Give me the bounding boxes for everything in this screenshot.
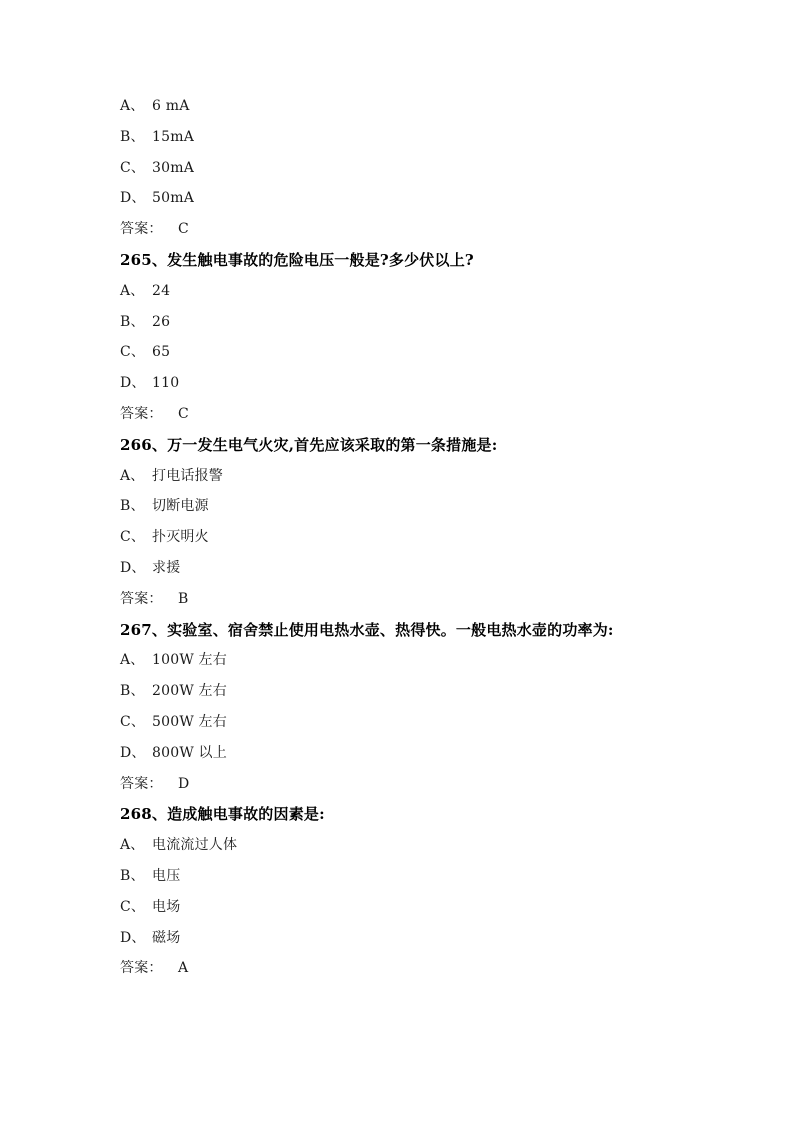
option-text: 65	[152, 344, 170, 360]
option-letter: A、	[120, 279, 152, 303]
option-a: A、100W 左右	[120, 648, 680, 679]
option-a: A、电流流过人体	[120, 833, 680, 864]
option-d: D、800W 以上	[120, 741, 680, 772]
answer-label: 答案：	[120, 772, 178, 796]
answer-value: A	[178, 960, 188, 976]
option-letter: A、	[120, 833, 152, 857]
option-text: 扑灭明火	[152, 529, 209, 545]
option-text: 110	[152, 375, 179, 391]
option-d: D、磁场	[120, 926, 680, 957]
option-letter: D、	[120, 186, 152, 210]
answer-value: B	[178, 591, 189, 607]
option-text: 电流流过人体	[152, 837, 237, 853]
option-d: D、110	[120, 371, 680, 402]
question-title: 267、实验室、宿舍禁止使用电热水壶、热得快。一般电热水壶的功率为:	[120, 618, 680, 649]
option-c: C、65	[120, 340, 680, 371]
option-letter: B、	[120, 494, 152, 518]
question-block-267: 267、实验室、宿舍禁止使用电热水壶、热得快。一般电热水壶的功率为: A、100…	[120, 618, 680, 803]
option-c: C、30mA	[120, 156, 680, 187]
answer-value: D	[178, 776, 189, 792]
option-letter: A、	[120, 94, 152, 118]
option-text: 800W 以上	[152, 745, 227, 761]
option-a: A、6 mA	[120, 94, 680, 125]
answer-value: C	[178, 221, 189, 237]
option-letter: D、	[120, 371, 152, 395]
option-b: B、电压	[120, 864, 680, 895]
option-c: C、扑灭明火	[120, 525, 680, 556]
option-text: 26	[152, 314, 170, 330]
answer-line: 答案：A	[120, 956, 680, 987]
answer-label: 答案：	[120, 956, 178, 980]
option-text: 24	[152, 283, 170, 299]
option-a: A、打电话报警	[120, 464, 680, 495]
option-text: 磁场	[152, 930, 180, 946]
option-c: C、500W 左右	[120, 710, 680, 741]
answer-line: 答案：B	[120, 587, 680, 618]
option-letter: D、	[120, 741, 152, 765]
option-text: 15mA	[152, 129, 194, 145]
option-d: D、50mA	[120, 186, 680, 217]
question-block-partial: A、6 mA B、15mA C、30mA D、50mA 答案：C	[120, 94, 680, 248]
answer-line: 答案：D	[120, 772, 680, 803]
question-title: 266、万一发生电气火灾,首先应该采取的第一条措施是:	[120, 433, 680, 464]
option-text: 200W 左右	[152, 683, 227, 699]
option-letter: D、	[120, 926, 152, 950]
option-letter: C、	[120, 895, 152, 919]
question-title: 268、造成触电事故的因素是:	[120, 802, 680, 833]
option-letter: B、	[120, 864, 152, 888]
option-text: 电场	[152, 899, 180, 915]
option-letter: C、	[120, 156, 152, 180]
question-title: 265、发生触电事故的危险电压一般是?多少伏以上?	[120, 248, 680, 279]
answer-line: 答案：C	[120, 402, 680, 433]
option-letter: A、	[120, 648, 152, 672]
document-page: A、6 mA B、15mA C、30mA D、50mA 答案：C 265、发生触…	[120, 94, 680, 987]
option-letter: A、	[120, 464, 152, 488]
option-letter: B、	[120, 679, 152, 703]
option-d: D、求援	[120, 556, 680, 587]
answer-label: 答案：	[120, 217, 178, 241]
option-letter: B、	[120, 310, 152, 334]
option-letter: C、	[120, 525, 152, 549]
option-a: A、24	[120, 279, 680, 310]
option-b: B、切断电源	[120, 494, 680, 525]
question-block-266: 266、万一发生电气火灾,首先应该采取的第一条措施是: A、打电话报警 B、切断…	[120, 433, 680, 618]
option-text: 电压	[152, 868, 180, 884]
answer-line: 答案：C	[120, 217, 680, 248]
option-text: 30mA	[152, 160, 194, 176]
question-block-265: 265、发生触电事故的危险电压一般是?多少伏以上? A、24 B、26 C、65…	[120, 248, 680, 433]
option-letter: D、	[120, 556, 152, 580]
answer-value: C	[178, 406, 189, 422]
option-text: 求援	[152, 560, 180, 576]
option-letter: C、	[120, 340, 152, 364]
option-b: B、200W 左右	[120, 679, 680, 710]
option-letter: B、	[120, 125, 152, 149]
answer-label: 答案：	[120, 402, 178, 426]
question-block-268: 268、造成触电事故的因素是: A、电流流过人体 B、电压 C、电场 D、磁场 …	[120, 802, 680, 987]
option-text: 500W 左右	[152, 714, 227, 730]
option-text: 100W 左右	[152, 652, 227, 668]
option-text: 打电话报警	[152, 468, 223, 484]
option-b: B、15mA	[120, 125, 680, 156]
option-text: 切断电源	[152, 498, 209, 514]
answer-label: 答案：	[120, 587, 178, 611]
option-text: 50mA	[152, 190, 194, 206]
option-c: C、电场	[120, 895, 680, 926]
option-text: 6 mA	[152, 98, 190, 114]
option-letter: C、	[120, 710, 152, 734]
option-b: B、26	[120, 310, 680, 341]
